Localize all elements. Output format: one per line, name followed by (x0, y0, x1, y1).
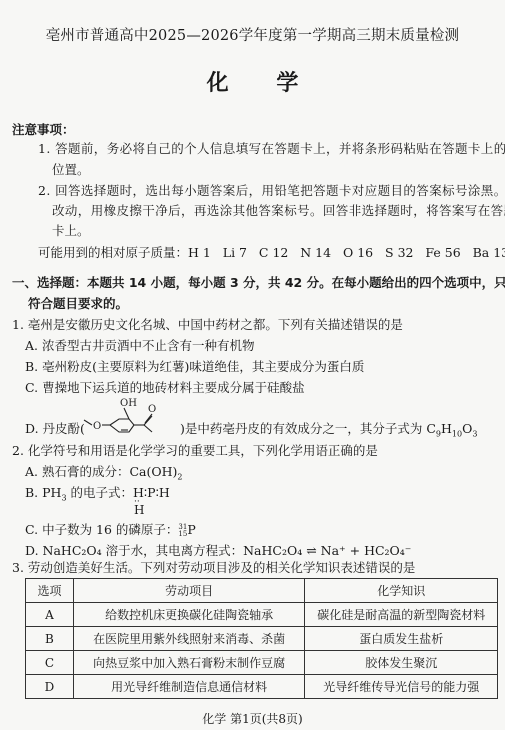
question-1-option-a: A. 浓香型古井贡酒中不止含有一种有机物 (25, 336, 254, 354)
question-2-option-a: A. 熟石膏的成分：Ca(OH)2 (25, 462, 183, 482)
table-header-labor: 劳动项目 (73, 579, 305, 603)
exam-title: 亳州市普通高中2025—2026学年度第一学期高三期末质量检测 (0, 24, 505, 45)
question-1-option-d-suffix: )是中药亳丹皮的有效成分之一，其分子式为 C9H10O3 (180, 419, 477, 439)
table-header-knowledge: 化学知识 (305, 579, 498, 603)
labor-knowledge-table: 选项 劳动项目 化学知识 A 给数控机床更换碳化硅陶瓷轴承 碳化硅是耐高温的新型… (25, 578, 498, 699)
atomic-masses: 可能用到的相对原子质量：H 1 Li 7 C 12 N 14 O 16 S 32… (38, 243, 505, 261)
notice-item-2-line1: 2. 回答选择题时，选出每小题答案后，用铅笔把答题卡对应题目的答案标号涂黑。如需 (38, 181, 505, 199)
table-row: B 在医院里用紫外线照射来消毒、杀菌 蛋白质发生盐析 (26, 627, 498, 651)
question-1-option-d-prefix: D. 丹皮酚( (25, 419, 85, 437)
paeonol-structure-icon: O OH O (82, 392, 182, 440)
notice-item-2-line2: 改动，用橡皮擦干净后，再选涂其他答案标号。回答非选择题时，将答案写在答题 (52, 201, 505, 219)
svg-text:O: O (148, 404, 156, 415)
notice-item-1-line2: 位置。 (52, 160, 90, 178)
table-row: D 用光导纤维制造信息通信材料 光导纤维传导光信号的能力强 (26, 675, 498, 699)
question-1-stem: 1. 亳州是安徽历史文化名城、中国中药材之都。下列有关描述错误的是 (12, 315, 403, 333)
section-1-heading-line2: 符合题目要求的。 (28, 294, 128, 312)
notice-item-1-line1: 1. 答题前，务必将自己的个人信息填写在答题卡上，并将条形码粘贴在答题卡上的指定 (38, 139, 505, 157)
notice-heading: 注意事项： (12, 120, 75, 138)
atomic-masses-label: 可能用到的相对原子质量： (38, 245, 188, 260)
svg-text:OH: OH (120, 398, 137, 409)
page-footer: 化学 第1页(共8页) (0, 710, 505, 727)
question-1-option-b: B. 亳州粉皮(主要原料为红薯)味道绝佳，其主要成分为蛋白质 (25, 357, 364, 375)
notice-item-2-line3: 卡上。 (52, 221, 90, 239)
table-header-option: 选项 (26, 579, 74, 603)
question-2-stem: 2. 化学符号和用语是化学学习的重要工具，下列化学用语正确的是 (12, 441, 378, 459)
svg-text:O: O (93, 421, 101, 432)
subject-title: 化 学 (0, 66, 505, 97)
question-2-option-d: D. NaHC₂O₄ 溶于水，其电离方程式：NaHC₂O₄ ⇌ Na⁺ + HC… (25, 541, 411, 559)
table-row: A 给数控机床更换碳化硅陶瓷轴承 碳化硅是耐高温的新型陶瓷材料 (26, 603, 498, 627)
question-3-stem: 3. 劳动创造美好生活。下列对劳动项目涉及的相关化学知识表述错误的是 (12, 558, 415, 576)
section-1-heading-line1: 一、选择题：本题共 14 小题，每小题 3 分，共 42 分。在每小题给出的四个… (12, 273, 505, 291)
table-row: C 向热豆浆中加入熟石膏粉末制作豆腐 胶体发生聚沉 (26, 651, 498, 675)
question-2-option-c: C. 中子数为 16 的磷原子：3115P (25, 520, 196, 538)
atomic-masses-values: H 1 Li 7 C 12 N 14 O 16 S 32 Fe 56 Ba 13… (188, 245, 505, 260)
table-header-row: 选项 劳动项目 化学知识 (26, 579, 498, 603)
question-2-option-b: B. PH3 的电子式：H∶P∶H (25, 483, 170, 503)
question-2-option-b-bottom-h: H (134, 503, 144, 517)
